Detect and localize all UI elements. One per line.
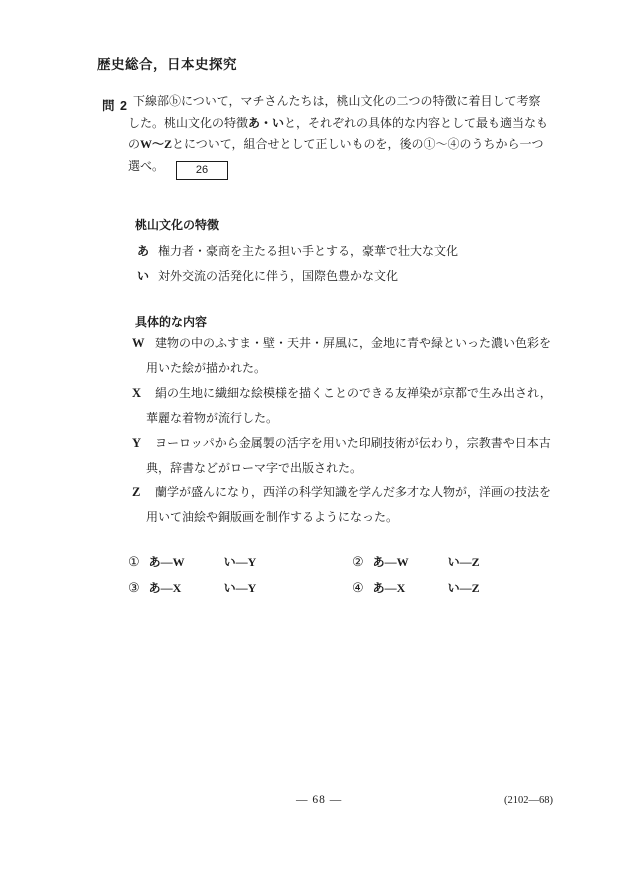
choice-option-4: ④あ―Xい―Z bbox=[352, 575, 480, 601]
detail-line-2: 用いて油絵や銅版画を制作するようになった。 bbox=[132, 505, 552, 530]
footer-page-number: — 68 — bbox=[296, 794, 342, 806]
choice-pair: あ―W bbox=[373, 550, 448, 575]
detail-item: W建物の中のふすま・壁・天井・屏風に，金地に青や緑といった濃い色彩を 用いた絵が… bbox=[132, 331, 552, 381]
answer-number-box: 26 bbox=[176, 161, 228, 180]
detail-line-1: Yヨーロッパから金属製の活字を用いた印刷技術が伝わり，宗教書や日本古 bbox=[132, 431, 552, 456]
detail-label: X bbox=[132, 381, 155, 406]
question-line-3-post: とについて，組合せとして正しいものを，後の①～④のうちから一つ bbox=[172, 137, 544, 151]
feature-text: 対外交流の活発化に伴う，国際色豊かな文化 bbox=[158, 269, 398, 283]
question-line-2-bold: あ・い bbox=[248, 116, 284, 130]
choice-pair: あ―X bbox=[373, 576, 448, 601]
detail-item: Yヨーロッパから金属製の活字を用いた印刷技術が伝わり，宗教書や日本古 典，辞書な… bbox=[132, 431, 552, 481]
detail-line-1: W建物の中のふすま・壁・天井・屏風に，金地に青や緑といった濃い色彩を bbox=[132, 331, 552, 356]
choice-number: ④ bbox=[352, 580, 364, 595]
detail-line-2: 典，辞書などがローマ字で出版された。 bbox=[132, 456, 552, 481]
detail-item: Z蘭学が盛んになり，西洋の科学知識を学んだ多才な人物が，洋画の技法を 用いて油絵… bbox=[132, 480, 552, 530]
question-number: 問 2 bbox=[102, 96, 128, 114]
question-line-2: した。桃山文化の特徴あ・いと，それぞれの具体的な内容として最も適当なも bbox=[128, 113, 548, 135]
detail-text: 建物の中のふすま・壁・天井・屏風に，金地に青や緑といった濃い色彩を bbox=[155, 336, 551, 350]
detail-line-2: 用いた絵が描かれた。 bbox=[132, 356, 552, 381]
question-line-3: のW～Zとについて，組合せとして正しいものを，後の①～④のうちから一つ bbox=[128, 134, 548, 156]
choice-number: ③ bbox=[128, 580, 140, 595]
choice-pair: あ―W bbox=[149, 550, 224, 575]
question-line-4: 選べ。26 bbox=[128, 156, 548, 180]
features-heading: 桃山文化の特徴 bbox=[135, 216, 219, 233]
choice-number: ① bbox=[128, 554, 140, 569]
detail-label: Z bbox=[132, 480, 155, 505]
details-list: W建物の中のふすま・壁・天井・屏風に，金地に青や緑といった濃い色彩を 用いた絵が… bbox=[132, 331, 552, 530]
detail-text: 絹の生地に繊細な絵模様を描くことのできる友禅染が京都で生み出され， bbox=[155, 386, 552, 400]
choices-row: ③あ―Xい―Y④あ―Xい―Z bbox=[128, 575, 480, 601]
detail-item: X絹の生地に繊細な絵模様を描くことのできる友禅染が京都で生み出され， 華麗な着物… bbox=[132, 381, 552, 431]
detail-line-1: Z蘭学が盛んになり，西洋の科学知識を学んだ多才な人物が，洋画の技法を bbox=[132, 480, 552, 505]
choice-pair: い―Z bbox=[448, 581, 480, 595]
page-title: 歴史総合，日本史探究 bbox=[97, 53, 237, 73]
choice-pair: い―Z bbox=[448, 555, 480, 569]
choice-option-1: ①あ―Wい―Y bbox=[128, 549, 352, 575]
detail-label: W bbox=[132, 331, 155, 356]
question-line-2-post: と，それぞれの具体的な内容として最も適当なも bbox=[284, 116, 548, 130]
feature-text: 権力者・豪商を主たる担い手とする，豪華で壮大な文化 bbox=[158, 244, 458, 258]
feature-item: あ権力者・豪商を主たる担い手とする，豪華で壮大な文化 bbox=[137, 239, 458, 264]
question-line-3-bold: W～Z bbox=[140, 137, 172, 151]
question-line-4-text: 選べ。 bbox=[128, 159, 164, 173]
choices: ①あ―Wい―Y②あ―Wい―Z ③あ―Xい―Y④あ―Xい―Z bbox=[128, 549, 480, 601]
detail-line-1: X絹の生地に繊細な絵模様を描くことのできる友禅染が京都で生み出され， bbox=[132, 381, 552, 406]
choice-option-3: ③あ―Xい―Y bbox=[128, 575, 352, 601]
feature-item: い対外交流の活発化に伴う，国際色豊かな文化 bbox=[137, 264, 458, 289]
detail-text: 蘭学が盛んになり，西洋の科学知識を学んだ多才な人物が，洋画の技法を bbox=[155, 485, 551, 499]
feature-label: い bbox=[137, 264, 158, 289]
feature-label: あ bbox=[137, 239, 158, 264]
detail-line-2: 華麗な着物が流行した。 bbox=[132, 406, 552, 431]
choice-pair: あ―X bbox=[149, 576, 224, 601]
choice-number: ② bbox=[352, 554, 364, 569]
question-text: 下線部ⓑについて，マチさんたちは，桃山文化の二つの特徴に着目して考察 した。桃山… bbox=[128, 91, 548, 180]
details-heading: 具体的な内容 bbox=[135, 313, 207, 330]
footer-document-code: (2102—68) bbox=[504, 795, 553, 806]
detail-text: ヨーロッパから金属製の活字を用いた印刷技術が伝わり，宗教書や日本古 bbox=[155, 436, 551, 450]
question-line-2-pre: した。桃山文化の特徴 bbox=[128, 116, 248, 130]
detail-label: Y bbox=[132, 431, 155, 456]
question-line-1: 下線部ⓑについて，マチさんたちは，桃山文化の二つの特徴に着目して考察 bbox=[128, 91, 548, 113]
question-line-3-pre: の bbox=[128, 137, 140, 151]
features-list: あ権力者・豪商を主たる担い手とする，豪華で壮大な文化 い対外交流の活発化に伴う，… bbox=[137, 239, 458, 290]
choices-row: ①あ―Wい―Y②あ―Wい―Z bbox=[128, 549, 480, 575]
choice-option-2: ②あ―Wい―Z bbox=[352, 549, 480, 575]
choice-pair: い―Y bbox=[224, 581, 257, 595]
choice-pair: い―Y bbox=[224, 555, 257, 569]
